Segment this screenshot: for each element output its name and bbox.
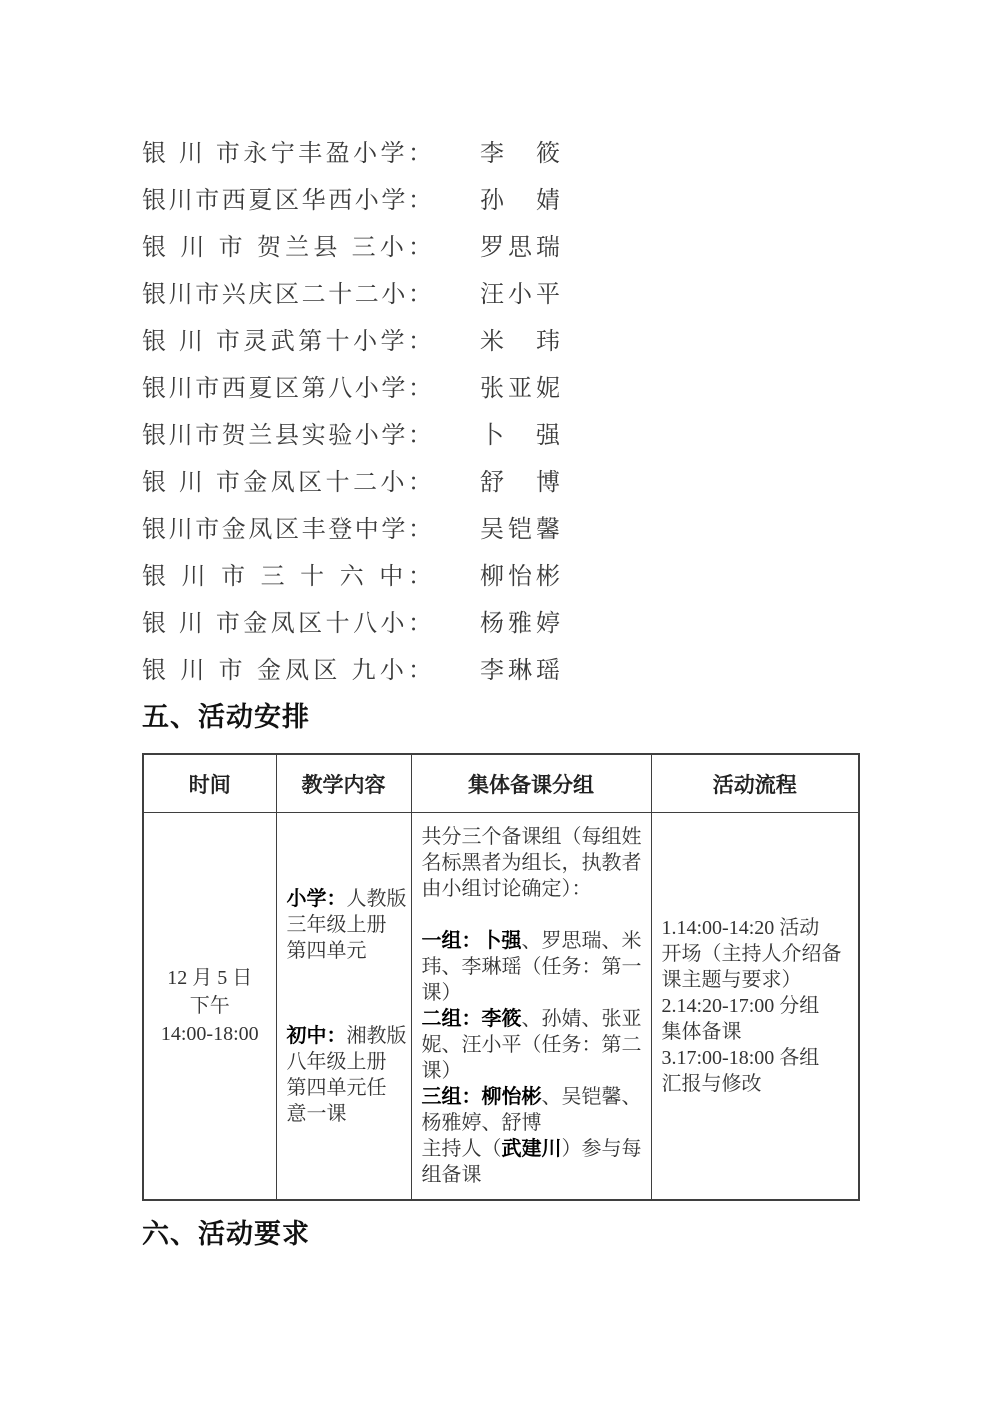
school-name: 银 川 市永宁丰盈小学： (142, 133, 432, 168)
person-name: 舒博 (480, 462, 560, 497)
table-body-row: 12 月 5 日下午14:00-18:00 小学：人教版三年级上册第四单元 初中… (143, 813, 859, 1201)
roster-row: 银 川 市 三 十 六 中： 柳怡彬 (142, 550, 560, 597)
group-host: 主持人（武建川）参与每组备课 (422, 1136, 643, 1188)
school-name: 银川市西夏区华西小学： (142, 180, 432, 215)
person-name: 汪小平 (480, 274, 560, 309)
schedule-table: 时间 教学内容 集体备课分组 活动流程 12 月 5 日下午14:00-18:0… (142, 753, 860, 1201)
school-name: 银 川 市金凤区十八小： (142, 603, 432, 638)
roster-row: 银 川 市金凤区十二小： 舒博 (142, 456, 560, 503)
person-name: 张亚妮 (480, 368, 560, 403)
school-name: 银 川 市灵武第十小学： (142, 321, 432, 356)
roster-row: 银 川 市 贺兰县 三小： 罗思瑞 (142, 221, 560, 268)
school-name: 银 川 市 金凤区 九小： (142, 650, 432, 685)
section-heading-activity-requirements: 六、活动要求 (142, 1212, 310, 1251)
header-time: 时间 (143, 754, 276, 813)
person-name: 柳怡彬 (480, 556, 560, 591)
document-page: 银 川 市永宁丰盈小学： 李筱 银川市西夏区华西小学： 孙婧 银 川 市 贺兰县… (0, 0, 1000, 1414)
school-name: 银 川 市 三 十 六 中： (142, 556, 432, 591)
school-name: 银 川 市 贺兰县 三小： (142, 227, 432, 262)
roster-row: 银川市贺兰县实验小学： 卜强 (142, 409, 560, 456)
school-name: 银川市兴庆区二十二小： (142, 274, 432, 309)
cell-time: 12 月 5 日下午14:00-18:00 (143, 813, 276, 1201)
grouping-intro: 共分三个备课组（每组姓名标黑者为组长，执教者由小组讨论确定）： (422, 824, 643, 902)
school-name: 银川市金凤区丰登中学： (142, 509, 432, 544)
roster-row: 银 川 市 金凤区 九小： 李琳瑶 (142, 644, 560, 691)
roster-row: 银 川 市金凤区十八小： 杨雅婷 (142, 597, 560, 644)
middle-school-content: 初中：湘教版八年级上册第四单元任意一课 (287, 1023, 408, 1127)
person-name: 孙婧 (480, 180, 560, 215)
roster-list: 银 川 市永宁丰盈小学： 李筱 银川市西夏区华西小学： 孙婧 银 川 市 贺兰县… (142, 127, 560, 691)
roster-row: 银川市金凤区丰登中学： 吴铠馨 (142, 503, 560, 550)
school-name: 银川市西夏区第八小学： (142, 368, 432, 403)
group-one: 一组：卜强、罗思瑞、米玮、李琳瑶（任务：第一课） (422, 928, 643, 1006)
person-name: 米玮 (480, 321, 560, 356)
cell-grouping: 共分三个备课组（每组姓名标黑者为组长，执教者由小组讨论确定）： 一组：卜强、罗思… (411, 813, 651, 1201)
school-name: 银川市贺兰县实验小学： (142, 415, 432, 450)
roster-row: 银川市西夏区第八小学： 张亚妮 (142, 362, 560, 409)
group-two: 二组：李筱、孙婧、张亚妮、汪小平（任务：第二课） (422, 1006, 643, 1084)
person-name: 卜强 (480, 415, 560, 450)
person-name: 罗思瑞 (480, 227, 560, 262)
roster-row: 银 川 市永宁丰盈小学： 李筱 (142, 127, 560, 174)
person-name: 李琳瑶 (480, 650, 560, 685)
school-name: 银 川 市金凤区十二小： (142, 462, 432, 497)
roster-row: 银川市西夏区华西小学： 孙婧 (142, 174, 560, 221)
person-name: 杨雅婷 (480, 603, 560, 638)
roster-row: 银 川 市灵武第十小学： 米玮 (142, 315, 560, 362)
person-name: 吴铠馨 (480, 509, 560, 544)
table-header-row: 时间 教学内容 集体备课分组 活动流程 (143, 754, 859, 813)
roster-row: 银川市兴庆区二十二小： 汪小平 (142, 268, 560, 315)
header-grouping: 集体备课分组 (411, 754, 651, 813)
cell-teaching-content: 小学：人教版三年级上册第四单元 初中：湘教版八年级上册第四单元任意一课 (276, 813, 411, 1201)
primary-school-content: 小学：人教版三年级上册第四单元 (287, 886, 408, 964)
cell-flow: 1.14:00-14:20 活动开场（主持人介绍备课主题与要求）2.14:20-… (651, 813, 859, 1201)
section-heading-activity-arrangement: 五、活动安排 (142, 695, 310, 734)
group-three: 三组：柳怡彬、吴铠馨、杨雅婷、舒博 (422, 1084, 643, 1136)
header-flow: 活动流程 (651, 754, 859, 813)
header-teaching-content: 教学内容 (276, 754, 411, 813)
person-name: 李筱 (480, 133, 560, 168)
